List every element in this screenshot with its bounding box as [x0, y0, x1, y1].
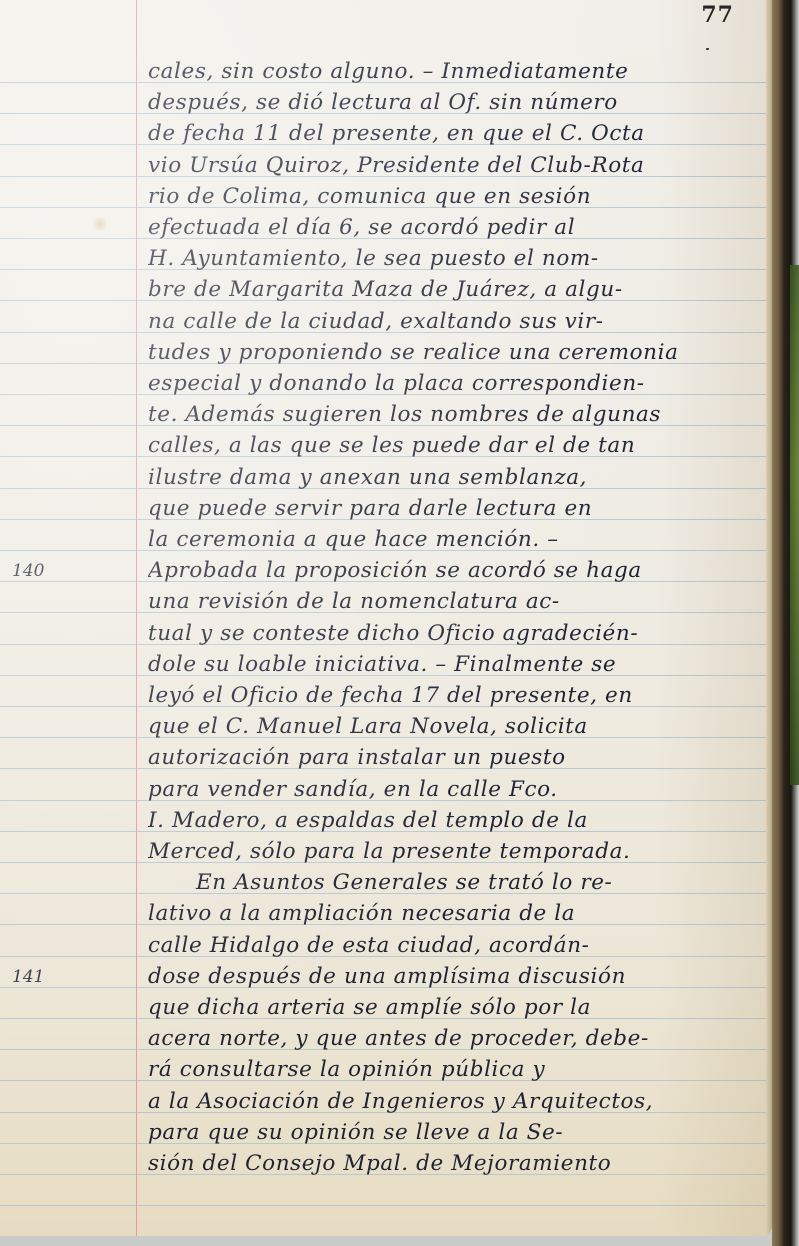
- handwritten-line: para vender sandía, en la calle Fco.: [148, 774, 768, 805]
- handwritten-line: una revisión de la nomenclatura ac-: [148, 586, 768, 617]
- handwritten-line: calles, a las que se les puede dar el de…: [148, 430, 768, 461]
- handwritten-line: leyó el Oficio de fecha 17 del presente,…: [148, 680, 768, 711]
- handwritten-line: Aprobada la proposición se acordó se hag…: [148, 555, 768, 586]
- red-margin-line: [136, 0, 137, 1236]
- handwritten-line: para que su opinión se lleve a la Se-: [148, 1117, 768, 1148]
- ruled-line: [0, 1205, 772, 1206]
- handwritten-line: de fecha 11 del presente, en que el C. O…: [148, 118, 768, 149]
- handwritten-line: especial y donando la placa correspondie…: [148, 368, 768, 399]
- handwritten-line: que puede servir para darle lectura en: [148, 493, 768, 524]
- handwritten-line: vio Ursúa Quiroz, Presidente del Club-Ro…: [148, 150, 768, 181]
- handwritten-line: cales, sin costo alguno. – Inmediatament…: [148, 56, 768, 87]
- handwritten-line: te. Además sugieren los nombres de algun…: [148, 399, 768, 430]
- background-foliage: [790, 265, 799, 785]
- handwritten-line: después, se dió lectura al Of. sin númer…: [148, 87, 768, 118]
- handwritten-line: que el C. Manuel Lara Novela, solicita: [148, 711, 768, 742]
- handwritten-line: ilustre dama y anexan una semblanza,: [148, 462, 768, 493]
- handwritten-line: rio de Colima, comunica que en sesión: [148, 181, 768, 212]
- handwritten-line: dose después de una amplísima discusión: [148, 961, 768, 992]
- handwritten-line: autorización para instalar un puesto: [148, 742, 768, 773]
- handwritten-line: dole su loable iniciativa. – Finalmente …: [148, 649, 768, 680]
- handwritten-line: I. Madero, a espaldas del templo de la: [148, 805, 768, 836]
- handwritten-line: rá consultarse la opinión pública y: [148, 1054, 768, 1085]
- handwritten-line: a la Asociación de Ingenieros y Arquitec…: [148, 1086, 768, 1117]
- handwritten-line: tudes y proponiendo se realice una cerem…: [148, 337, 768, 368]
- handwritten-line: sión del Consejo Mpal. de Mejoramiento: [148, 1148, 768, 1179]
- ledger-page: 77 140141 cales, sin costo alguno. – Inm…: [0, 0, 772, 1236]
- page-number: 77: [701, 2, 734, 28]
- handwritten-line: calle Hidalgo de esta ciudad, acordán-: [148, 930, 768, 961]
- ink-mark: [706, 48, 709, 50]
- margin-entry-number: 141: [12, 967, 44, 987]
- handwritten-line: que dicha arteria se amplíe sólo por la: [148, 992, 768, 1023]
- handwritten-line: efectuada el día 6, se acordó pedir al: [148, 212, 768, 243]
- handwritten-line: bre de Margarita Maza de Juárez, a algu-: [148, 274, 768, 305]
- handwritten-line: na calle de la ciudad, exaltando sus vir…: [148, 306, 768, 337]
- handwritten-line: Merced, sólo para la presente temporada.: [148, 836, 768, 867]
- paper-stain: [93, 218, 107, 230]
- handwritten-line: H. Ayuntamiento, le sea puesto el nom-: [148, 243, 768, 274]
- margin-entry-number: 140: [12, 561, 44, 581]
- handwritten-line: En Asuntos Generales se trató lo re-: [148, 867, 768, 898]
- handwritten-line: acera norte, y que antes de proceder, de…: [148, 1023, 768, 1054]
- handwritten-line: la ceremonia a que hace mención. –: [148, 524, 768, 555]
- handwritten-line: tual y se conteste dicho Oficio agradeci…: [148, 618, 768, 649]
- handwritten-line: lativo a la ampliación necesaria de la: [148, 898, 768, 929]
